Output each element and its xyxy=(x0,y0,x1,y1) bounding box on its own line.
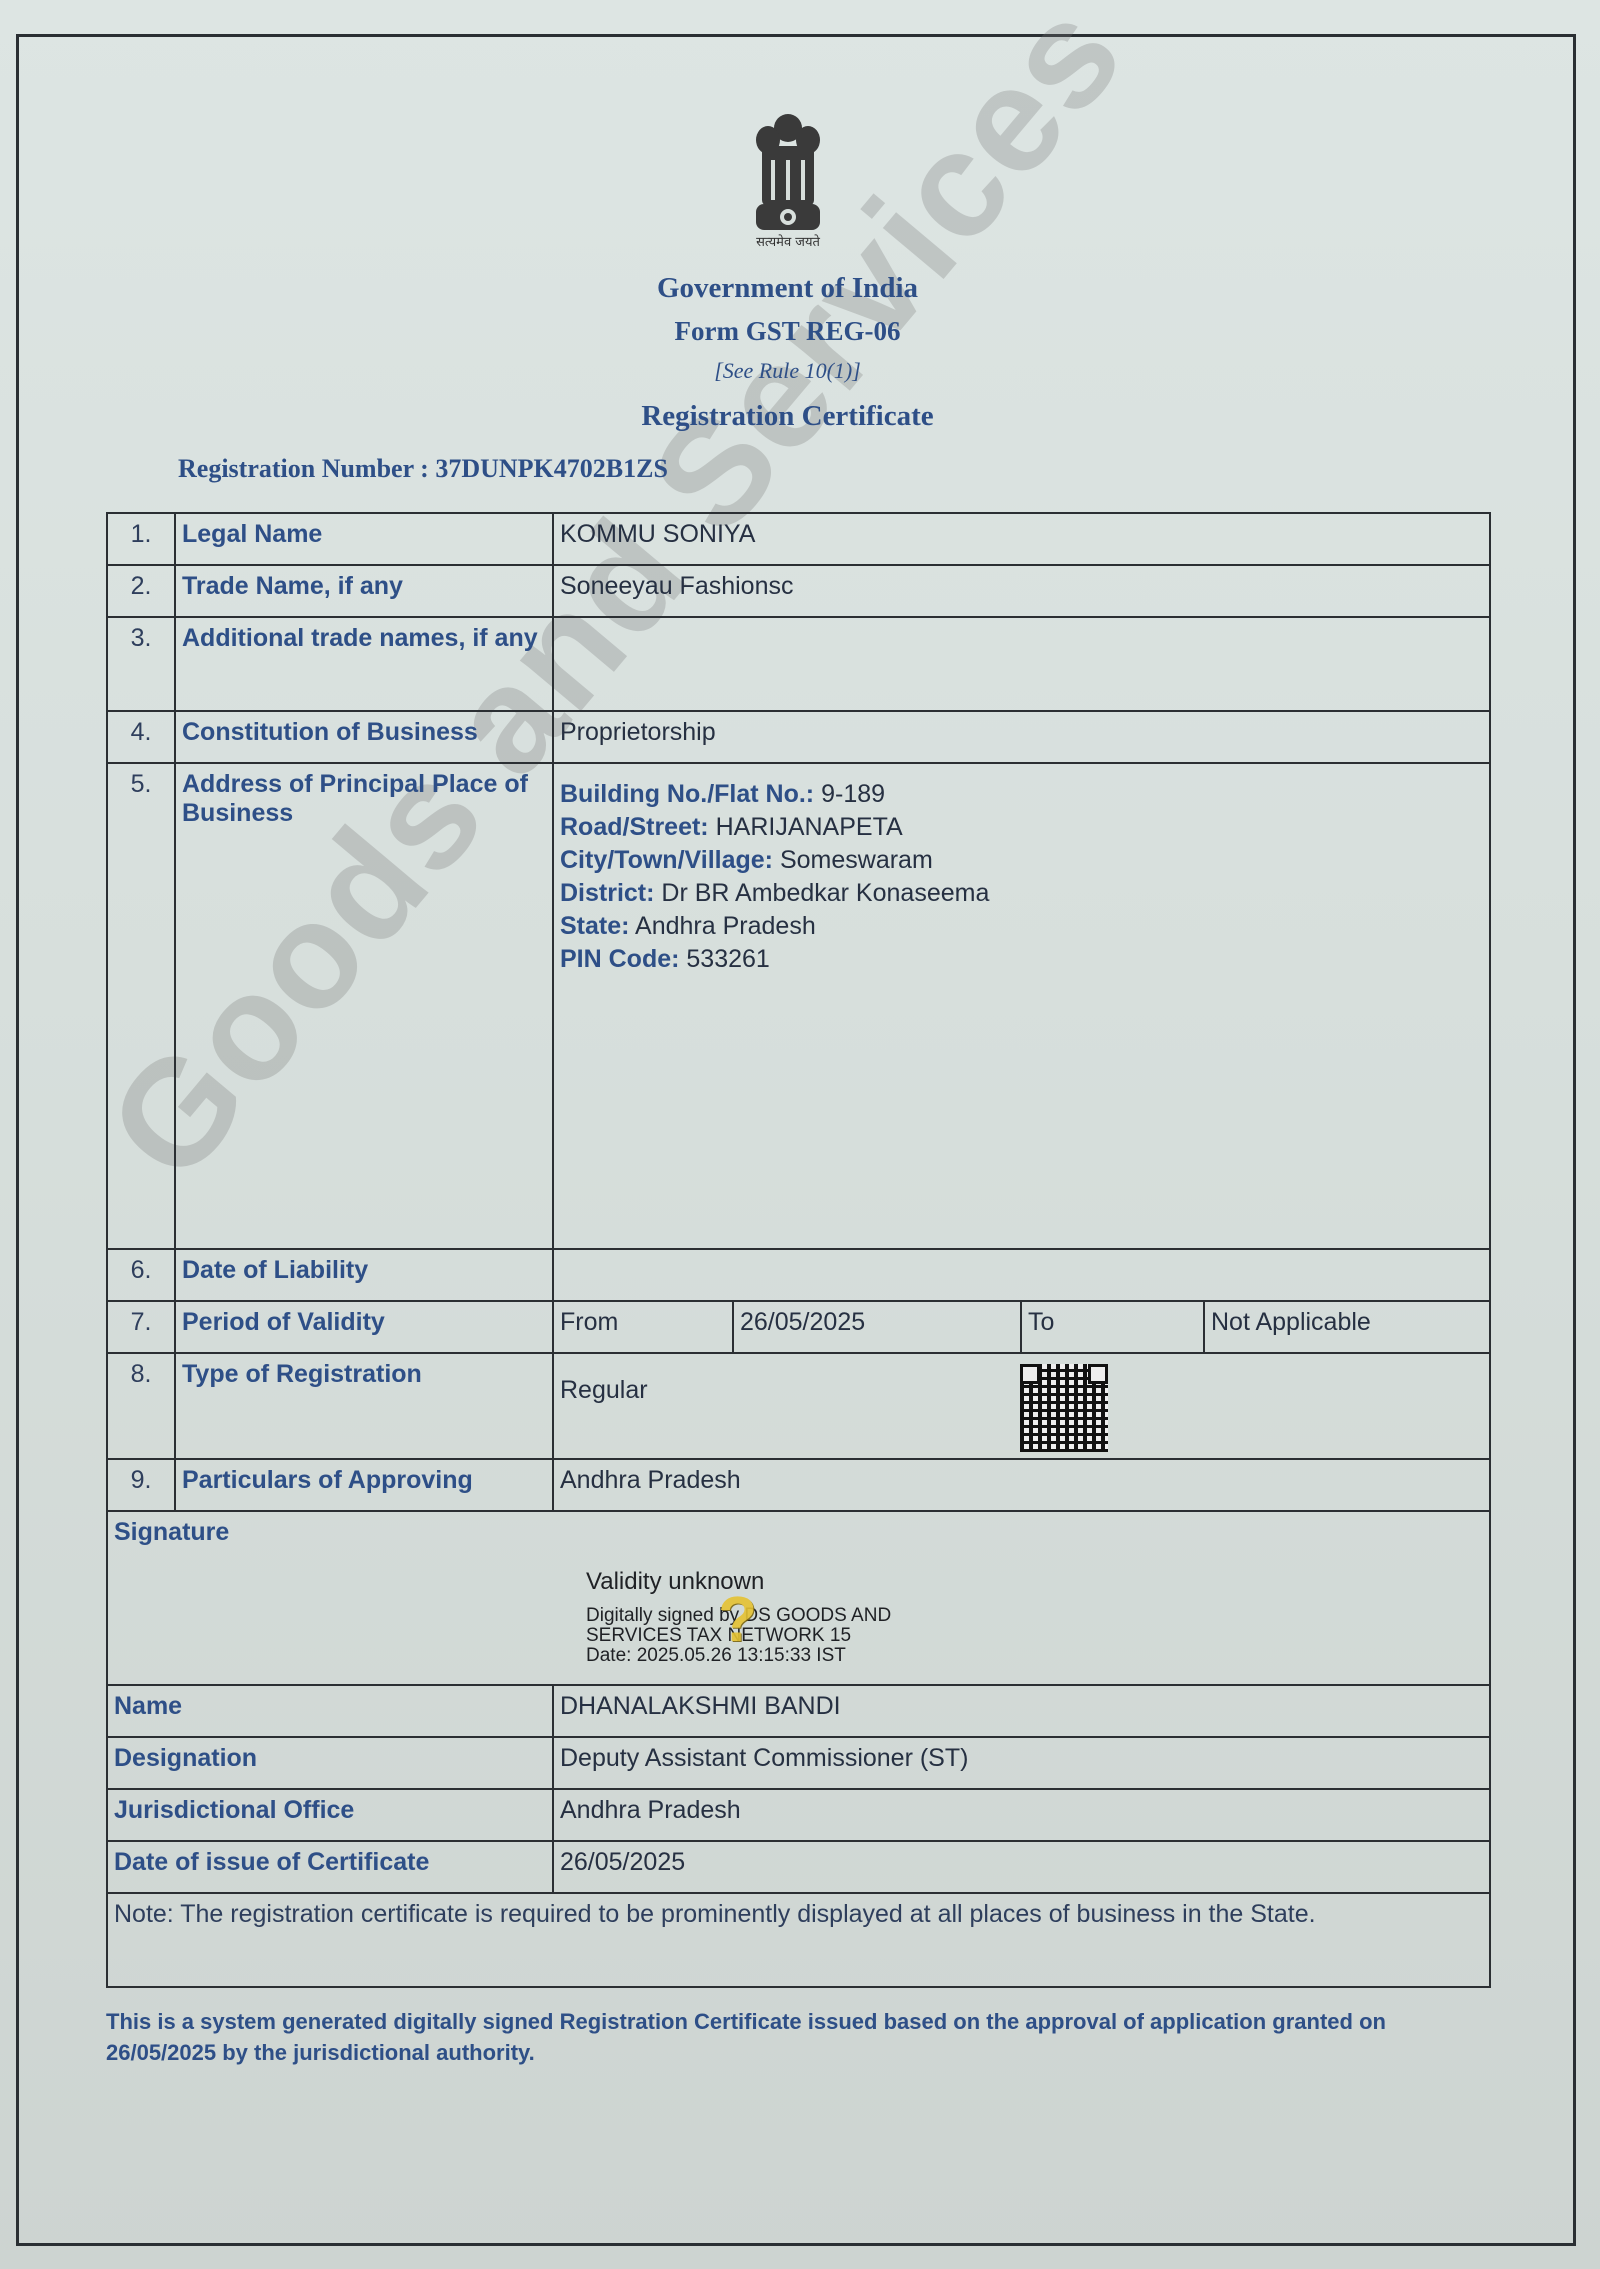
address-value: Building No./Flat No.: 9-189 Road/Street… xyxy=(553,763,1490,1249)
government-title: Government of India xyxy=(0,272,1575,305)
table-row: 5. Address of Principal Place of Busines… xyxy=(107,763,1490,1249)
form-title: Form GST REG-06 xyxy=(0,316,1575,347)
registration-type-value: Regular xyxy=(560,1376,720,1405)
row-label: Legal Name xyxy=(175,513,553,565)
table-row: 7. Period of Validity From 26/05/2025 To… xyxy=(107,1301,1490,1353)
question-mark-icon: ? xyxy=(718,1582,757,1656)
row-label: Trade Name, if any xyxy=(175,565,553,617)
jurisdictional-office-label: Jurisdictional Office xyxy=(107,1789,553,1841)
additional-trade-names-value xyxy=(553,617,1490,711)
officer-name-label: Name xyxy=(107,1685,553,1737)
signature-row: Signature Validity unknown ? Digitally s… xyxy=(107,1511,1490,1685)
row-number: 8. xyxy=(107,1353,175,1459)
pin-label: PIN Code: xyxy=(560,945,679,973)
issue-date-label: Date of issue of Certificate xyxy=(107,1841,553,1893)
row-label: Date of Liability xyxy=(175,1249,553,1301)
row-number: 3. xyxy=(107,617,175,711)
jurisdictional-office-value: Andhra Pradesh xyxy=(553,1789,1490,1841)
validity-from-value: 26/05/2025 xyxy=(733,1301,1021,1353)
table-row: 3. Additional trade names, if any xyxy=(107,617,1490,711)
validity-from-label: From xyxy=(553,1301,733,1353)
state-value: Andhra Pradesh xyxy=(635,912,816,940)
certificate-title: Registration Certificate xyxy=(0,400,1575,433)
row-number: 6. xyxy=(107,1249,175,1301)
certificate-table: 1. Legal Name KOMMU SONIYA 2. Trade Name… xyxy=(106,512,1491,1988)
registration-number-value: 37DUNPK4702B1ZS xyxy=(435,454,668,483)
table-row: 8. Type of Registration Regular xyxy=(107,1353,1490,1459)
registration-number: Registration Number : 37DUNPK4702B1ZS xyxy=(178,454,668,484)
district-value: Dr BR Ambedkar Konaseema xyxy=(661,879,989,907)
rule-reference: [See Rule 10(1)] xyxy=(0,358,1575,384)
officer-name-value: DHANALAKSHMI BANDI xyxy=(553,1685,1490,1737)
constitution-value: Proprietorship xyxy=(553,711,1490,763)
registration-number-label: Registration Number : xyxy=(178,454,429,483)
designation-label: Designation xyxy=(107,1737,553,1789)
row-label: Address of Principal Place of Business xyxy=(175,763,553,1249)
row-number: 1. xyxy=(107,513,175,565)
validity-to-label: To xyxy=(1021,1301,1204,1353)
state-label: State: xyxy=(560,912,629,940)
table-row: 2. Trade Name, if any Soneeyau Fashionsc xyxy=(107,565,1490,617)
row-number: 2. xyxy=(107,565,175,617)
row-label: Particulars of Approving xyxy=(175,1459,553,1511)
row-label: Type of Registration xyxy=(175,1353,553,1459)
table-row: Designation Deputy Assistant Commissione… xyxy=(107,1737,1490,1789)
row-label: Period of Validity xyxy=(175,1301,553,1353)
table-row: 6. Date of Liability xyxy=(107,1249,1490,1301)
qr-code-icon[interactable] xyxy=(1020,1364,1108,1452)
row-label: Constitution of Business xyxy=(175,711,553,763)
table-row: Name DHANALAKSHMI BANDI xyxy=(107,1685,1490,1737)
validity-to-value: Not Applicable xyxy=(1204,1301,1490,1353)
pin-value: 533261 xyxy=(686,945,769,973)
date-of-liability-value xyxy=(553,1249,1490,1301)
district-label: District: xyxy=(560,879,654,907)
trade-name-value: Soneeyau Fashionsc xyxy=(553,565,1490,617)
approving-authority-value: Andhra Pradesh xyxy=(553,1459,1490,1511)
issue-date-value: 26/05/2025 xyxy=(553,1841,1490,1893)
road-label: Road/Street: xyxy=(560,813,709,841)
city-label: City/Town/Village: xyxy=(560,846,773,874)
table-row: 4. Constitution of Business Proprietorsh… xyxy=(107,711,1490,763)
row-label: Additional trade names, if any xyxy=(175,617,553,711)
signature-cell: Signature Validity unknown ? Digitally s… xyxy=(107,1511,1490,1685)
certificate-page: Goods and Services Tax सत्यमेव जयते Gove… xyxy=(0,0,1600,2269)
road-value: HARIJANAPETA xyxy=(716,813,903,841)
emblem-motto: सत्यमेव जयते xyxy=(738,232,838,250)
building-value: 9-189 xyxy=(821,780,885,808)
table-row: 9. Particulars of Approving Andhra Prade… xyxy=(107,1459,1490,1511)
note-row: Note: The registration certificate is re… xyxy=(107,1893,1490,1987)
table-row: 1. Legal Name KOMMU SONIYA xyxy=(107,513,1490,565)
footer-statement: This is a system generated digitally sig… xyxy=(106,2006,1496,2068)
row-number: 9. xyxy=(107,1459,175,1511)
row-number: 5. xyxy=(107,763,175,1249)
city-value: Someswaram xyxy=(780,846,933,874)
building-label: Building No./Flat No.: xyxy=(560,780,814,808)
note-text: Note: The registration certificate is re… xyxy=(107,1893,1490,1987)
designation-value: Deputy Assistant Commissioner (ST) xyxy=(553,1737,1490,1789)
table-row: Date of issue of Certificate 26/05/2025 xyxy=(107,1841,1490,1893)
registration-type-cell: Regular xyxy=(553,1353,1490,1459)
digital-signature[interactable]: Validity unknown ? Digitally signed by D… xyxy=(586,1568,891,1666)
row-number: 4. xyxy=(107,711,175,763)
legal-name-value: KOMMU SONIYA xyxy=(553,513,1490,565)
signature-label: Signature xyxy=(114,1518,229,1546)
row-number: 7. xyxy=(107,1301,175,1353)
table-row: Jurisdictional Office Andhra Pradesh xyxy=(107,1789,1490,1841)
